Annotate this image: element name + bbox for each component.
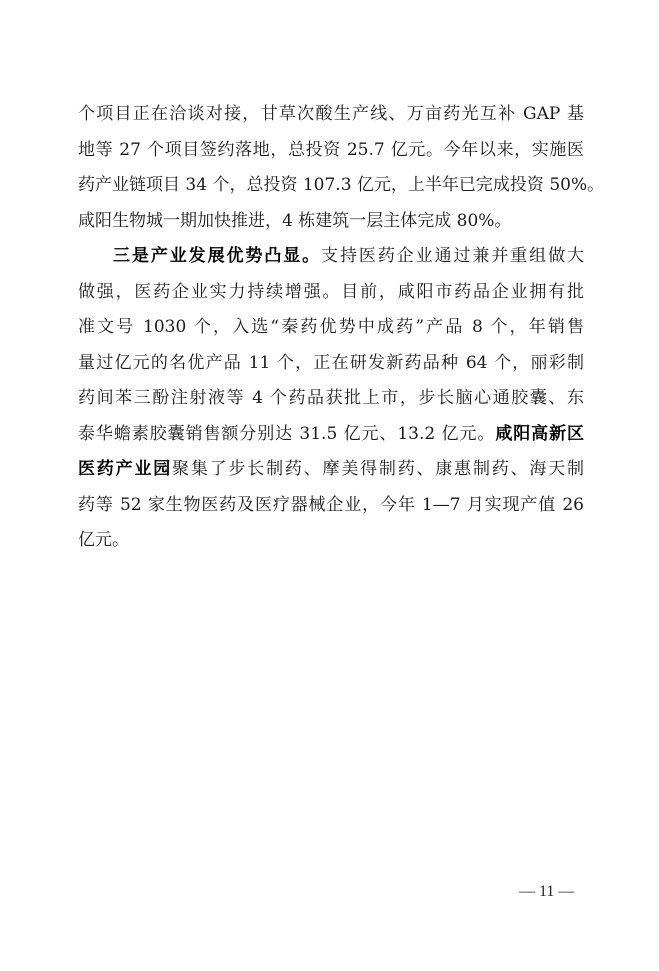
page-number: — 11 — [519,883,574,901]
bold-text: 咸阳高新区 [495,424,584,444]
bold-text: 医药产业园 [78,459,172,479]
text-line: 药间苯三酚注射液等 4 个药品获批上市，步长脑心通胶囊、东 [78,381,584,417]
body-text: 个项目正在洽谈对接，甘草次酸生产线、万亩药光互补 GAP 基 地等 27 个项目… [78,97,584,559]
text-line: 三是产业发展优势凸显。支持医药企业通过兼并重组做大 [78,239,584,275]
text-line: 泰华蟾素胶囊销售额分别达 31.5 亿元、13.2 亿元。咸阳高新区 [78,417,584,453]
text-line: 亿元。 [78,523,584,559]
text-span: 泰华蟾素胶囊销售额分别达 31.5 亿元、13.2 亿元。 [78,424,495,444]
text-line: 医药产业园聚集了步长制药、摩美得制药、康惠制药、海天制 [78,452,584,488]
section-heading: 三是产业发展优势凸显。 [113,246,321,266]
document-page: 个项目正在洽谈对接，甘草次酸生产线、万亩药光互补 GAP 基 地等 27 个项目… [0,0,659,971]
text-line: 药等 52 家生物医药及医疗器械企业，今年 1—7 月实现产值 26 [78,488,584,524]
text-line: 做强，医药企业实力持续增强。目前，咸阳市药品企业拥有批 [78,275,584,311]
text-line: 咸阳生物城一期加快推进，4 栋建筑一层主体完成 80%。 [78,204,584,240]
text-line: 个项目正在洽谈对接，甘草次酸生产线、万亩药光互补 GAP 基 [78,97,584,133]
text-span: 聚集了步长制药、摩美得制药、康惠制药、海天制 [172,459,584,479]
text-span: 支持医药企业通过兼并重组做大 [321,246,584,266]
text-line: 量过亿元的名优产品 11 个，正在研发新药品种 64 个，丽彩制 [78,346,584,382]
text-line: 地等 27 个项目签约落地，总投资 25.7 亿元。今年以来，实施医 [78,133,584,169]
text-line: 药产业链项目 34 个，总投资 107.3 亿元，上半年已完成投资 50%。 [78,168,584,204]
text-line: 准文号 1030 个，入选“秦药优势中成药”产品 8 个，年销售 [78,310,584,346]
